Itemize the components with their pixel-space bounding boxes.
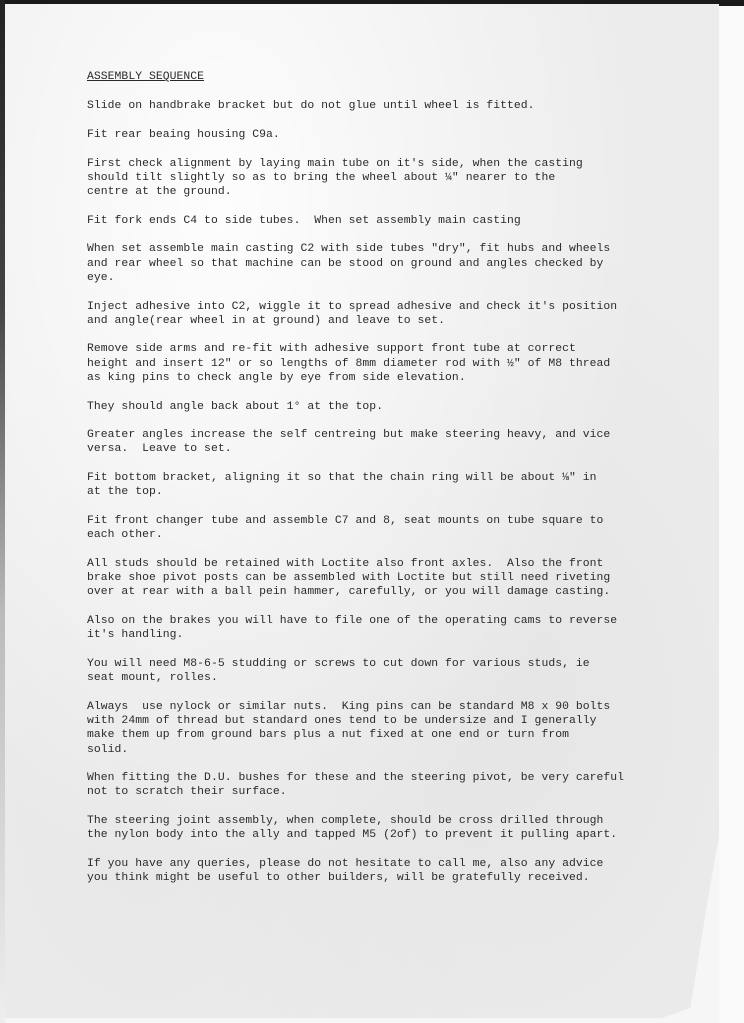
text-line: with 24mm of thread but standard ones te… (87, 714, 667, 728)
text-line: you think might be useful to other build… (87, 871, 667, 885)
text-line: and rear wheel so that machine can be st… (87, 257, 667, 271)
paragraph: Fit rear beaing housing C9a. (87, 128, 667, 142)
typewritten-document: ASSEMBLY SEQUENCE Slide on handbrake bra… (87, 70, 667, 900)
text-line: Slide on handbrake bracket but do not gl… (87, 99, 667, 113)
paragraph: They should angle back about 1° at the t… (87, 400, 667, 414)
text-line: the nylon body into the ally and tapped … (87, 828, 667, 842)
text-line: Fit fork ends C4 to side tubes. When set… (87, 214, 667, 228)
text-line: brake shoe pivot posts can be assembled … (87, 571, 667, 585)
text-line: When set assemble main casting C2 with s… (87, 242, 667, 256)
document-body: Slide on handbrake bracket but do not gl… (87, 99, 667, 885)
text-line: solid. (87, 743, 667, 757)
text-line: They should angle back about 1° at the t… (87, 400, 667, 414)
paragraph: Fit bottom bracket, aligning it so that … (87, 471, 667, 499)
text-line: All studs should be retained with Loctit… (87, 557, 667, 571)
text-line: Always use nylock or similar nuts. King … (87, 700, 667, 714)
text-line: Inject adhesive into C2, wiggle it to sp… (87, 300, 667, 314)
text-line: at the top. (87, 485, 667, 499)
paragraph: Inject adhesive into C2, wiggle it to sp… (87, 300, 667, 328)
text-line: versa. Leave to set. (87, 442, 667, 456)
text-line: The steering joint assembly, when comple… (87, 814, 667, 828)
scanner-edge-left (0, 0, 5, 1023)
text-line: not to scratch their surface. (87, 785, 667, 799)
text-line: Also on the brakes you will have to file… (87, 614, 667, 628)
text-line: Remove side arms and re-fit with adhesiv… (87, 342, 667, 356)
text-line: over at rear with a ball pein hammer, ca… (87, 585, 667, 599)
text-line: and angle(rear wheel in at ground) and l… (87, 314, 667, 328)
paragraph: Also on the brakes you will have to file… (87, 614, 667, 642)
text-line: Greater angles increase the self centrei… (87, 428, 667, 442)
paragraph: If you have any queries, please do not h… (87, 857, 667, 885)
text-line: centre at the ground. (87, 185, 667, 199)
text-line: make them up from ground bars plus a nut… (87, 728, 667, 742)
scanner-margin-right (719, 6, 744, 1023)
text-line: should tilt slightly so as to bring the … (87, 171, 667, 185)
paragraph: Slide on handbrake bracket but do not gl… (87, 99, 667, 113)
text-line: as king pins to check angle by eye from … (87, 371, 667, 385)
paragraph: Greater angles increase the self centrei… (87, 428, 667, 456)
paragraph: When set assemble main casting C2 with s… (87, 242, 667, 285)
text-line: Fit bottom bracket, aligning it so that … (87, 471, 667, 485)
text-line: When fitting the D.U. bushes for these a… (87, 771, 667, 785)
text-line: First check alignment by laying main tub… (87, 157, 667, 171)
text-line: each other. (87, 528, 667, 542)
paragraph: First check alignment by laying main tub… (87, 157, 667, 200)
text-line: seat mount, rolles. (87, 671, 667, 685)
text-line: it's handling. (87, 628, 667, 642)
paragraph: The steering joint assembly, when comple… (87, 814, 667, 842)
text-line: Fit front changer tube and assemble C7 a… (87, 514, 667, 528)
paragraph: Always use nylock or similar nuts. King … (87, 700, 667, 757)
text-line: eye. (87, 271, 667, 285)
paragraph: When fitting the D.U. bushes for these a… (87, 771, 667, 799)
paragraph: Remove side arms and re-fit with adhesiv… (87, 342, 667, 385)
text-line: You will need M8-6-5 studding or screws … (87, 657, 667, 671)
paragraph: Fit front changer tube and assemble C7 a… (87, 514, 667, 542)
paragraph: All studs should be retained with Loctit… (87, 557, 667, 600)
text-line: If you have any queries, please do not h… (87, 857, 667, 871)
paragraph: You will need M8-6-5 studding or screws … (87, 657, 667, 685)
paragraph: Fit fork ends C4 to side tubes. When set… (87, 214, 667, 228)
text-line: Fit rear beaing housing C9a. (87, 128, 667, 142)
text-line: height and insert 12" or so lengths of 8… (87, 357, 667, 371)
document-title: ASSEMBLY SEQUENCE (87, 70, 667, 84)
